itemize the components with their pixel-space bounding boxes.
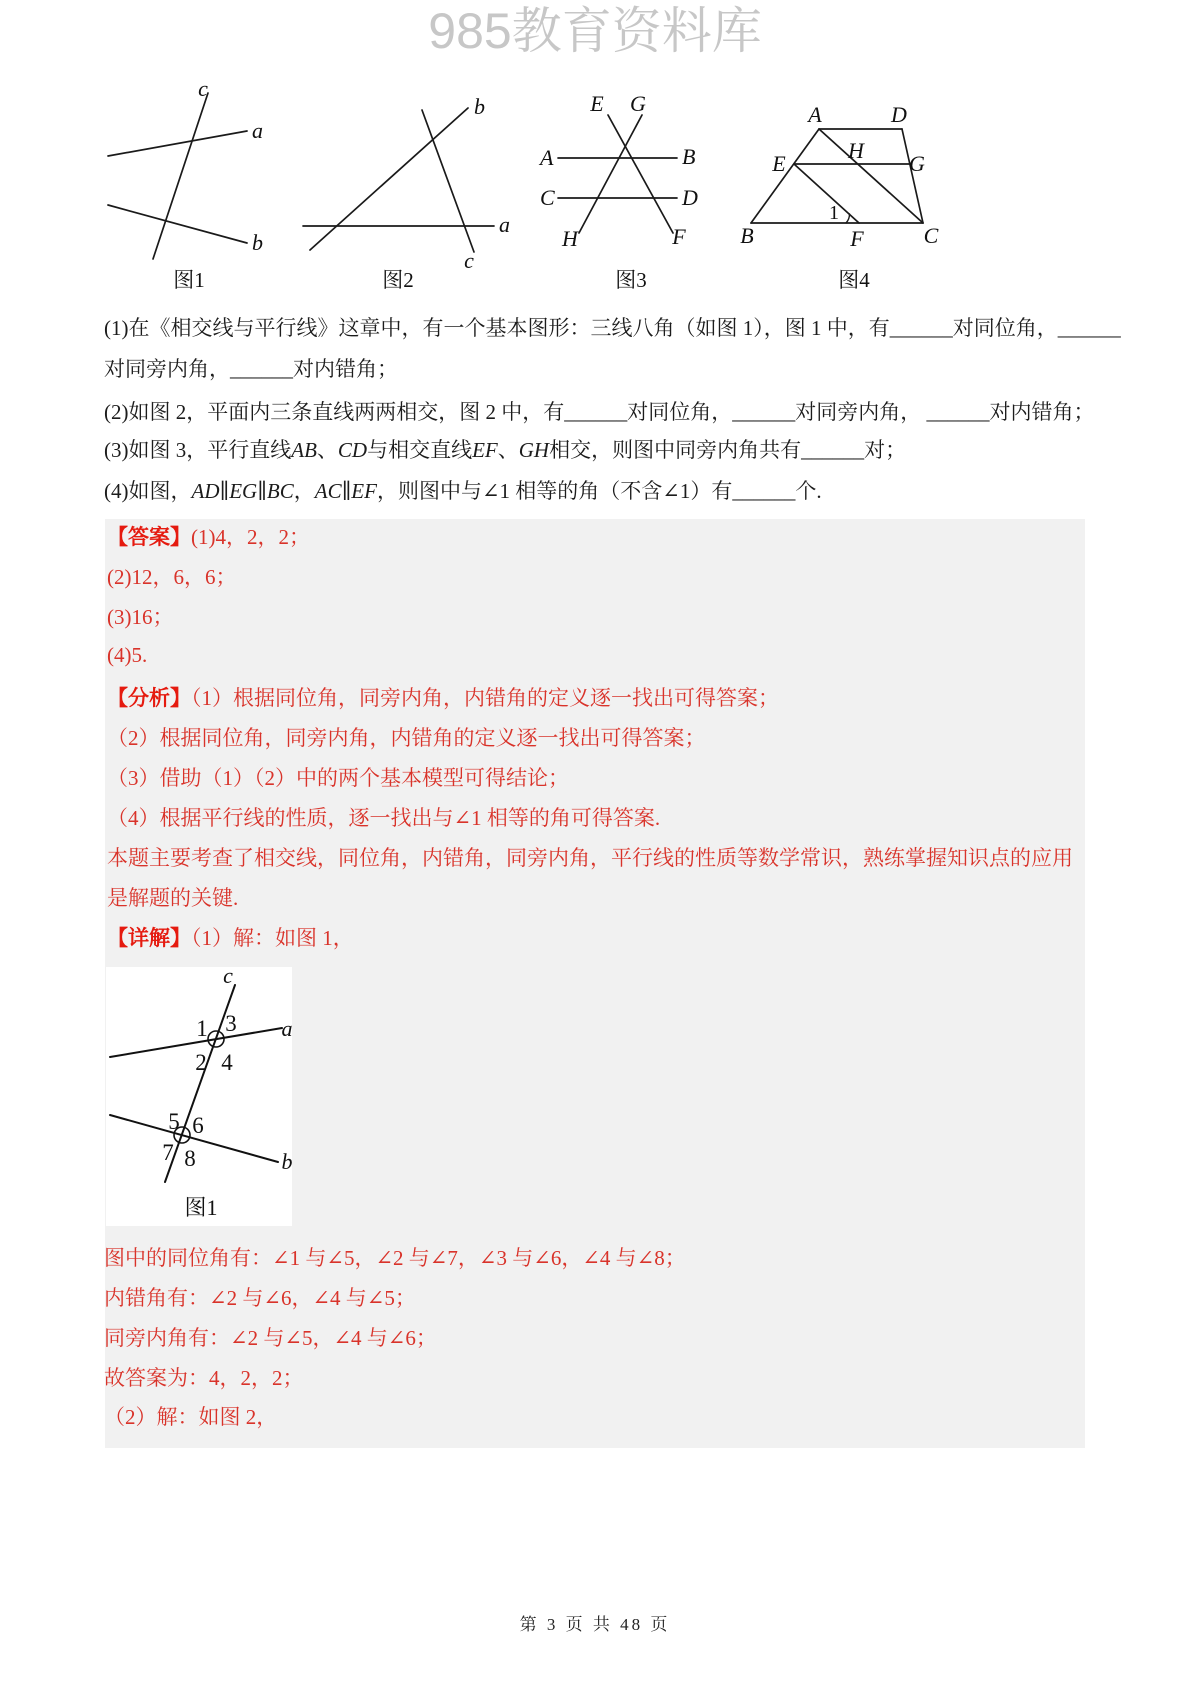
solution-figure: c a b 1 3 2 4 5 6 7 8 图1 bbox=[106, 967, 292, 1226]
solution-figure-label-a: a bbox=[282, 1016, 293, 1041]
analysis-line: 【分析】（1）根据同位角，同旁内角，内错角的定义逐一找出可得答案； bbox=[107, 684, 779, 712]
solution-line: （2）解：如图 2， bbox=[104, 1403, 277, 1431]
analysis-line: （3）借助（1）（2）中的两个基本模型可得结论； bbox=[107, 764, 569, 792]
answer-line: 【答案】(1)4，2，2； bbox=[107, 523, 310, 551]
figures-row: c a b 图1 b a c 图2 E G A B bbox=[90, 75, 960, 295]
solution-figure-label-c: c bbox=[223, 967, 233, 988]
question-line: 对同旁内角，______对内错角； bbox=[104, 355, 398, 383]
figure1-label-c: c bbox=[198, 76, 208, 101]
answer-line: (3)16； bbox=[107, 603, 174, 631]
solution-figure-svg: c a b 1 3 2 4 5 6 7 8 图1 bbox=[106, 967, 292, 1226]
question-line: (4)如图，AD∥EG∥BC，AC∥EF，则图中与∠1 相等的角（不含∠1）有_… bbox=[104, 477, 822, 505]
analysis-line: （4）根据平行线的性质，逐一找出与∠1 相等的角可得答案. bbox=[107, 804, 660, 832]
page-number: 第 3 页 共 48 页 bbox=[0, 1610, 1190, 1635]
figure3-label-C: C bbox=[540, 185, 555, 210]
figure4-label-B: B bbox=[740, 223, 753, 248]
figure3-label-F: F bbox=[671, 224, 686, 249]
solution-figure-caption: 图1 bbox=[184, 1195, 217, 1220]
figure4-caption: 图4 bbox=[838, 268, 870, 292]
figure1-caption: 图1 bbox=[173, 268, 205, 292]
figure4-label-A: A bbox=[806, 102, 822, 127]
figure2-label-c: c bbox=[464, 248, 474, 273]
figure1-label-a: a bbox=[252, 118, 263, 143]
figure2-label-b: b bbox=[474, 94, 485, 119]
solution-line: 同旁内角有：∠2 与∠5，∠4 与∠6； bbox=[104, 1324, 437, 1352]
figure3-label-H: H bbox=[561, 226, 579, 251]
figure3-label-E: E bbox=[589, 91, 604, 116]
comment-line: 是解题的关键. bbox=[107, 884, 238, 912]
detail-line: 【详解】（1）解：如图 1， bbox=[107, 924, 354, 952]
angle1-arc bbox=[846, 214, 850, 223]
angle-4-label: 4 bbox=[221, 1050, 233, 1075]
angle-7-label: 7 bbox=[162, 1140, 174, 1165]
figure3-label-A: A bbox=[538, 145, 554, 170]
figure2-caption: 图2 bbox=[382, 268, 414, 292]
angle-5-label: 5 bbox=[168, 1109, 180, 1134]
watermark-title: 985教育资料库 bbox=[0, 0, 1190, 62]
figure2-label-a: a bbox=[499, 212, 510, 237]
figure3-label-B: B bbox=[682, 144, 695, 169]
question-line: (2)如图 2，平面内三条直线两两相交，图 2 中，有______对同位角，__… bbox=[104, 398, 1094, 426]
figure3-lines bbox=[558, 115, 677, 233]
angle-1-label: 1 bbox=[196, 1016, 208, 1041]
figures-row-svg: c a b 图1 b a c 图2 E G A B bbox=[90, 75, 960, 295]
figure4-label-E: E bbox=[771, 151, 786, 176]
figure4-label-G: G bbox=[909, 151, 925, 176]
angle-2-label: 2 bbox=[195, 1050, 207, 1075]
figure3-caption: 图3 bbox=[615, 268, 647, 292]
angle-8-label: 8 bbox=[184, 1146, 196, 1171]
figure1-label-b: b bbox=[252, 230, 263, 255]
comment-line: 本题主要考查了相交线，同位角，内错角，同旁内角，平行线的性质等数学常识，熟练掌握… bbox=[107, 844, 1073, 872]
solution-figure-lines bbox=[110, 985, 282, 1182]
figure3-label-G: G bbox=[630, 91, 646, 116]
answer-line: (2)12，6，6； bbox=[107, 563, 237, 591]
figure4-label-D: D bbox=[890, 102, 907, 127]
solution-line: 内错角有：∠2 与∠6，∠4 与∠5； bbox=[104, 1284, 416, 1312]
figure3-label-D: D bbox=[681, 185, 698, 210]
figure4-label-H: H bbox=[847, 138, 865, 163]
solution-line: 故答案为：4，2，2； bbox=[104, 1364, 304, 1392]
question-line: (1)在《相交线与平行线》这章中，有一个基本图形：三线八角（如图 1），图 1 … bbox=[104, 314, 1121, 342]
solution-figure-label-b: b bbox=[282, 1149, 293, 1174]
angle-3-label: 3 bbox=[225, 1011, 237, 1036]
question-line: (3)如图 3，平行直线AB、CD与相交直线EF、GH相交，则图中同旁内角共有_… bbox=[104, 436, 906, 464]
figure1-lines bbox=[108, 93, 247, 259]
analysis-line: （2）根据同位角，同旁内角，内错角的定义逐一找出可得答案； bbox=[107, 724, 706, 752]
angle-6-label: 6 bbox=[192, 1113, 204, 1138]
figure4-angle1-label: 1 bbox=[829, 202, 839, 224]
figure2-lines bbox=[303, 108, 494, 252]
answer-line: (4)5. bbox=[107, 641, 147, 669]
figure4-label-F: F bbox=[849, 226, 864, 251]
solution-line: 图中的同位角有：∠1 与∠5，∠2 与∠7，∠3 与∠6，∠4 与∠8； bbox=[104, 1244, 686, 1272]
document-page: 985教育资料库 c a b 图1 b a c 图2 bbox=[0, 0, 1190, 1683]
figure4-label-C: C bbox=[924, 223, 939, 248]
